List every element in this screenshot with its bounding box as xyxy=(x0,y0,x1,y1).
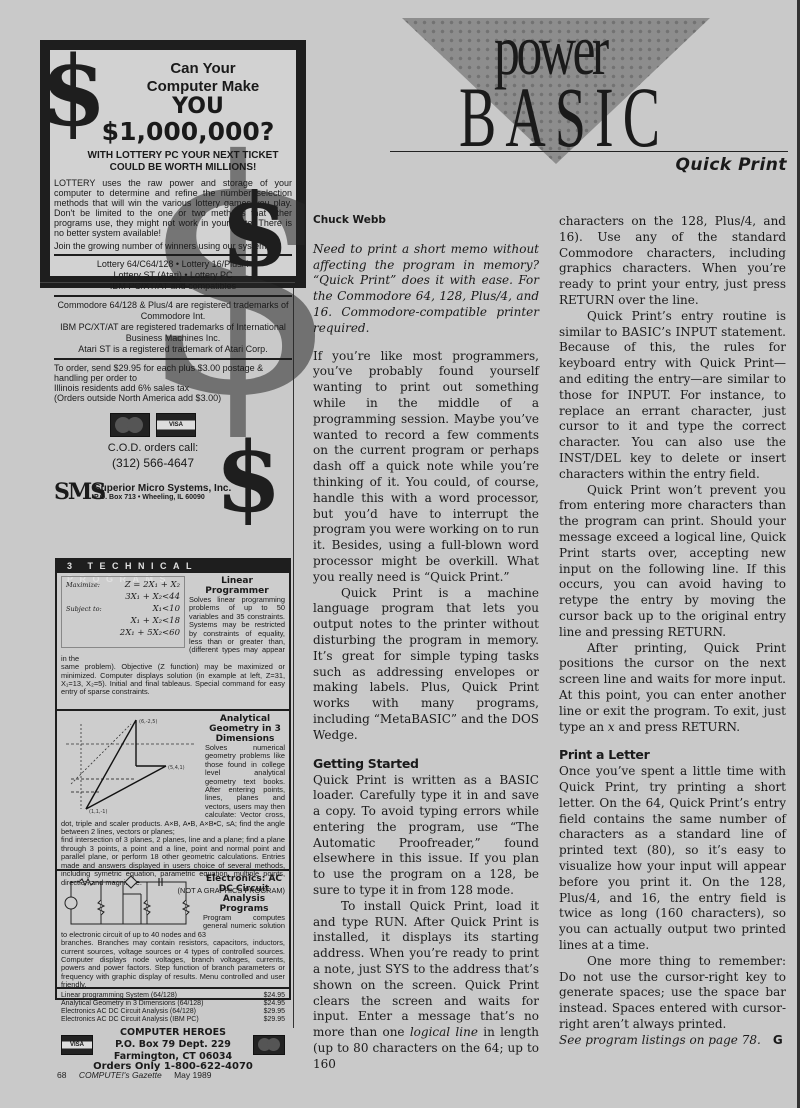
section-title-basic: BASIC xyxy=(459,82,669,152)
sms-logo-icon: SMS xyxy=(54,479,94,505)
page-number: 68 xyxy=(57,1070,66,1080)
company-address: P.O. Box 713 • Wheeling, IL 60090 xyxy=(94,494,231,501)
header-rule xyxy=(390,151,788,152)
article-column-1: Chuck Webb Need to print a short memo wi… xyxy=(313,213,539,1073)
visa-card-icon: VISA xyxy=(61,1035,93,1055)
company-name: COMPUTER HEROES xyxy=(114,1027,232,1039)
price-row: Electronics AC DC Circuit Analysis (IBM … xyxy=(61,1016,285,1024)
paragraph: Quick Print’s entry routine is similar t… xyxy=(559,309,786,483)
dollar-ornament-icon: $ xyxy=(215,430,282,526)
page-footer: 68 COMPUTE!'s Gazette May 1989 xyxy=(57,1070,211,1080)
program-description-cont: branches. Branches may contain resistors… xyxy=(61,939,285,989)
divider xyxy=(54,295,292,297)
paragraph: After printing, Quick Print positions th… xyxy=(559,641,786,736)
mastercard-icon xyxy=(110,413,150,437)
svg-text:(6,-2,5): (6,-2,5) xyxy=(139,719,157,725)
program-description-cont: same problem). Objective (Z function) ma… xyxy=(61,663,285,697)
paragraph: If you’re like most programmers, you’ve … xyxy=(313,349,539,586)
electronics-section: Electronics: AC DC Circuit Analysis Prog… xyxy=(57,871,289,989)
end-mark-icon: G xyxy=(773,1033,783,1047)
price-row: Analytical Geometry in 3 Dimensions (64/… xyxy=(61,1000,285,1008)
mastercard-icon xyxy=(253,1035,285,1055)
po-box: P.O. Box 79 Dept. 229 xyxy=(114,1039,232,1051)
svg-text:(5,4,1): (5,4,1) xyxy=(168,765,185,771)
ad-headline: Can Your Computer Make xyxy=(110,60,296,96)
visa-card-icon: VISA xyxy=(156,413,196,437)
section-heading: Print a Letter xyxy=(559,747,786,763)
magazine-name: COMPUTE!'s Gazette xyxy=(79,1070,162,1080)
circuit-diagram xyxy=(61,874,201,930)
program-listing-note: See program listings on page 78.G xyxy=(559,1033,786,1049)
technical-programs-advertisement: 3 TECHNICAL PROGRAMS Maximize:Z = 2X₁ + … xyxy=(55,558,291,1000)
paragraph: One more thing to remember: Do not use t… xyxy=(559,954,786,1033)
paragraph: Quick Print won’t prevent you from enter… xyxy=(559,483,786,641)
company-contact: VISA COMPUTER HEROES P.O. Box 79 Dept. 2… xyxy=(57,1027,289,1063)
price-list: Linear programming System (64/128)$24.95… xyxy=(57,989,289,1027)
linear-programmer-section: Maximize:Z = 2X₁ + X₂ 3X₁ + X₂<44 Subjec… xyxy=(57,573,289,711)
trademark-notices: Commodore 64/128 & Plus/4 are registered… xyxy=(50,300,296,355)
paragraph: To install Quick Print, load it and type… xyxy=(313,899,539,1073)
geometry-diagram-icon: (6,-2,5) (5,4,1) (1,1,-1) xyxy=(61,714,201,814)
section-heading: Getting Started xyxy=(313,756,539,772)
paragraph: Once you’ve spent a little time with Qui… xyxy=(559,764,786,954)
order-instructions: To order, send $29.95 for each plus $3.0… xyxy=(50,363,296,403)
paragraph: Quick Print is written as a BASIC loader… xyxy=(313,773,539,899)
author-byline: Chuck Webb xyxy=(313,213,539,229)
3d-geometry-figure: (6,-2,5) (5,4,1) (1,1,-1) xyxy=(61,714,201,814)
analytical-geometry-section: (6,-2,5) (5,4,1) (1,1,-1) Analytical Geo… xyxy=(57,711,289,871)
issue-date: May 1989 xyxy=(174,1070,211,1080)
article-title: Quick Print xyxy=(675,155,787,175)
circuit-schematic-icon xyxy=(61,874,201,930)
article-column-2: characters on the 128, Plus/4, and 16). … xyxy=(559,214,786,1049)
article-deck: Need to print a short memo without affec… xyxy=(313,242,539,337)
divider xyxy=(40,282,295,283)
price-row: Linear programming System (64/128)$24.95 xyxy=(61,992,285,1000)
svg-text:(1,1,-1): (1,1,-1) xyxy=(89,809,107,814)
ad-banner: 3 TECHNICAL PROGRAMS xyxy=(57,560,289,573)
paragraph: characters on the 128, Plus/4, and 16). … xyxy=(559,214,786,309)
ad-headline-you: YOU xyxy=(100,96,296,118)
divider xyxy=(54,358,292,360)
dollar-ornament-icon: $ xyxy=(40,44,107,140)
equation-box: Maximize:Z = 2X₁ + X₂ 3X₁ + X₂<44 Subjec… xyxy=(61,576,185,648)
price-row: Electronics AC DC Circuit Analysis (64/1… xyxy=(61,1008,285,1016)
paragraph: Quick Print is a machine language progra… xyxy=(313,586,539,744)
ad-headline-amount: $1,000,000? xyxy=(80,118,296,146)
company-name: Superior Micro Systems, Inc. xyxy=(94,483,231,494)
